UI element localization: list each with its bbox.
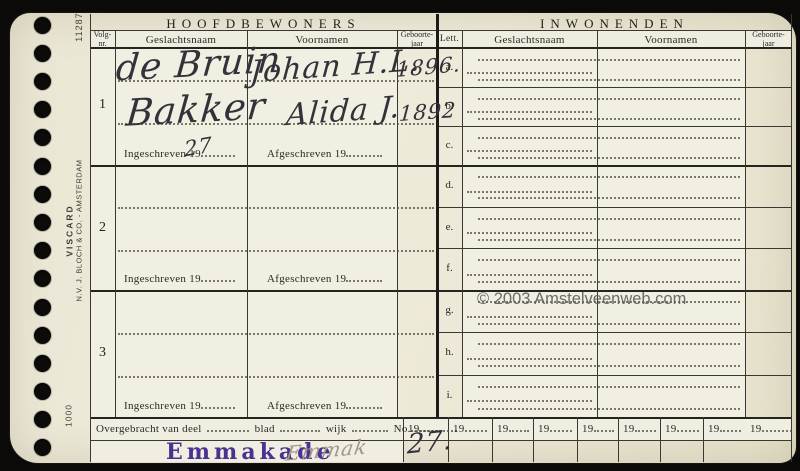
transfer-label-blad: blad	[255, 423, 275, 435]
year-cell: 19	[708, 421, 741, 435]
grid-line	[90, 30, 792, 31]
writing-line	[478, 386, 740, 388]
dotted-leader	[207, 421, 249, 432]
dotted-leader	[201, 271, 235, 282]
writing-line	[478, 218, 740, 220]
writing-line	[478, 98, 740, 100]
year-cell-label: 19	[708, 423, 720, 435]
grid-line	[397, 30, 398, 417]
afgeschreven-label: Afgeschreven 19	[267, 400, 346, 412]
year-cell-label: 19	[497, 423, 509, 435]
year-cell-label: 19	[623, 423, 635, 435]
grid-line	[437, 332, 792, 333]
writing-line	[478, 118, 740, 120]
dotted-leader	[346, 271, 382, 282]
column-header-lett: Lett.	[437, 34, 462, 44]
grid-line	[90, 417, 792, 419]
scanned-register-card-background: 11287 VISCARD N.V. J. BLOCH & CO. - AMST…	[0, 0, 800, 471]
writing-line	[118, 250, 434, 252]
year-cell: 19	[623, 421, 656, 435]
ingeschreven-label: Ingeschreven 19	[124, 400, 201, 412]
grid-line	[90, 165, 792, 167]
punch-hole	[34, 101, 51, 118]
writing-line	[467, 274, 592, 276]
punch-hole	[34, 45, 51, 62]
year-cell: 19	[538, 421, 572, 435]
dotted-leader	[201, 398, 235, 409]
printer-company: N.V. J. BLOCH & CO. - AMSTERDAM	[75, 156, 84, 306]
afgeschreven-label: Afgeschreven 19	[267, 273, 346, 285]
ingeschreven-row3: Ingeschreven 19	[124, 398, 235, 412]
grid-line	[618, 417, 619, 462]
dotted-leader	[465, 421, 487, 432]
dotted-leader	[762, 421, 792, 432]
grid-line	[437, 207, 792, 208]
punch-hole	[34, 242, 51, 259]
writing-line	[478, 79, 740, 81]
punch-hole	[34, 17, 51, 34]
grid-line	[437, 375, 792, 376]
writing-line	[118, 333, 434, 335]
writing-line	[478, 239, 740, 241]
transfer-label-deel: Overgebracht van deel	[96, 423, 202, 435]
printer-brand: VISCARD	[65, 156, 75, 306]
punch-hole	[34, 158, 51, 175]
writing-line	[478, 323, 740, 325]
handwritten-transfer-number: 27.	[407, 424, 454, 460]
dotted-leader	[509, 421, 529, 432]
year-cell: 19	[497, 421, 529, 435]
year-cell: 19	[665, 421, 699, 435]
column-header-birthyear-right: Geboorte- jaar	[745, 31, 792, 48]
year-cell-label: 19	[582, 423, 594, 435]
punch-hole	[34, 383, 51, 400]
grid-line	[703, 417, 704, 462]
grid-line	[577, 417, 578, 462]
writing-line	[478, 259, 740, 261]
writing-line	[478, 343, 740, 345]
letter-label-b: b.	[437, 100, 462, 112]
dotted-leader	[346, 146, 382, 157]
letter-label-a: a.	[437, 61, 462, 73]
grid-line	[660, 417, 661, 462]
grid-line	[90, 14, 91, 462]
writing-line	[478, 137, 740, 139]
card-serial-number: 11287	[74, 0, 86, 55]
writing-line	[467, 232, 592, 234]
grid-line	[437, 248, 792, 249]
writing-line	[478, 157, 740, 159]
grid-line	[437, 87, 792, 88]
writing-line	[467, 400, 592, 402]
writing-line	[478, 408, 740, 410]
writing-line	[478, 281, 740, 283]
grid-line	[492, 417, 493, 462]
punch-hole	[34, 327, 51, 344]
transfer-row: Overgebracht van deelbladwijkNo.	[96, 421, 457, 435]
column-header-firstnames-right: Voornamen	[597, 34, 745, 46]
letter-label-d: d.	[437, 179, 462, 191]
dotted-leader	[720, 421, 741, 432]
writing-line	[118, 376, 434, 378]
letter-label-c: c.	[437, 139, 462, 151]
grid-line	[791, 14, 792, 462]
letter-label-h: h.	[437, 346, 462, 358]
dotted-leader	[594, 421, 614, 432]
punch-hole	[34, 299, 51, 316]
handwritten-surname-2: Bakker	[124, 84, 267, 135]
printer-imprint: VISCARD N.V. J. BLOCH & CO. - AMSTERDAM	[65, 156, 86, 306]
punch-hole	[34, 270, 51, 287]
writing-line	[467, 111, 592, 113]
punch-hole	[34, 129, 51, 146]
afgeschreven-label: Afgeschreven 19	[267, 148, 346, 160]
ingeschreven-row1: Ingeschreven 19	[124, 146, 235, 160]
writing-line	[467, 316, 592, 318]
grid-line	[533, 417, 534, 462]
afgeschreven-row3: Afgeschreven 19	[267, 398, 382, 412]
letter-label-f: f.	[437, 262, 462, 274]
writing-line	[478, 59, 740, 61]
afgeschreven-row2: Afgeschreven 19	[267, 271, 382, 285]
row-number-1: 1	[90, 97, 115, 113]
row-number-2: 2	[90, 220, 115, 236]
writing-line	[478, 176, 740, 178]
grid-line	[462, 30, 463, 417]
dotted-leader	[280, 421, 320, 432]
handwritten-ingeschreven-year: 27	[184, 132, 213, 161]
dotted-leader	[346, 398, 382, 409]
column-header-volgnr-line2: nr.	[90, 40, 115, 49]
dotted-leader	[352, 421, 388, 432]
punch-hole	[34, 73, 51, 90]
year-cell: 19	[582, 421, 614, 435]
transfer-label-wijk: wijk	[326, 423, 347, 435]
punch-hole	[34, 186, 51, 203]
year-cell-label: 19	[750, 423, 762, 435]
letter-label-g: g.	[437, 304, 462, 316]
writing-line	[478, 365, 740, 367]
grid-line	[745, 30, 746, 417]
year-cell-label: 19	[453, 423, 465, 435]
year-cell: 19	[750, 421, 792, 435]
column-header-birthyear-line2: jaar	[745, 40, 792, 49]
letter-label-i: i.	[437, 389, 462, 401]
writing-line	[118, 207, 434, 209]
punch-hole	[34, 439, 51, 456]
stock-code: 1000	[64, 396, 75, 436]
column-header-surname-right: Geslachtsnaam	[462, 34, 597, 46]
writing-line	[467, 191, 592, 193]
copyright-watermark: © 2003 Amstelveenweb.com	[477, 290, 686, 309]
ingeschreven-label: Ingeschreven 19	[124, 273, 201, 285]
column-header-volgnr: Volg- nr.	[90, 31, 115, 48]
writing-line	[467, 72, 592, 74]
grid-line	[597, 30, 598, 417]
writing-line	[467, 150, 592, 152]
grid-line	[90, 290, 792, 292]
row-number-3: 3	[90, 345, 115, 361]
punch-hole	[34, 214, 51, 231]
punch-hole	[34, 355, 51, 372]
writing-line	[467, 358, 592, 360]
ingeschreven-row2: Ingeschreven 19	[124, 271, 235, 285]
punch-hole	[34, 411, 51, 428]
letter-label-e: e.	[437, 221, 462, 233]
grid-line	[437, 126, 792, 127]
year-cell-label: 19	[538, 423, 550, 435]
year-cell: 19	[453, 421, 487, 435]
afgeschreven-row1: Afgeschreven 19	[267, 146, 382, 160]
year-cell-label: 19	[665, 423, 677, 435]
dotted-leader	[677, 421, 699, 432]
writing-line	[478, 197, 740, 199]
dotted-leader	[635, 421, 656, 432]
dotted-leader	[550, 421, 572, 432]
